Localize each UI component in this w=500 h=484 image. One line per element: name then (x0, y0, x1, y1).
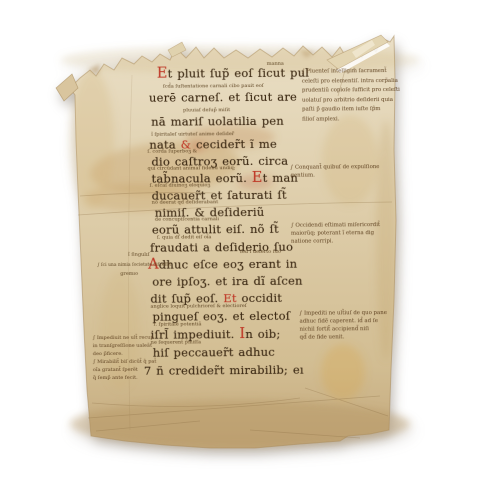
gloss-line: ∫ Pluenteſ intelligim̃ ſacrament̃ (302, 67, 400, 77)
text-run: n oib; (245, 327, 280, 341)
margin-gloss-right-mid: ∫ Conquant̃ quibuſ de expulſione gentium… (290, 163, 379, 180)
margin-gloss-left-block: ∫ Impediuit ne ult̃ recup̃ in tranſgreſſ… (93, 334, 157, 382)
text-line: ore ipſoʒ. et ira dı̃ aſcen (152, 274, 302, 289)
margin-gloss-right-low: ∫ Occidendi eſtimati miſericordit̃ maior… (291, 221, 380, 246)
margin-gloss-right-top: ∫ Pluenteſ intelligim̃ ſacrament̃ celeſt… (302, 67, 400, 125)
margin-gloss-right-bottom: ∫ Impediti ne ult̃iuſ de quo pane adhuc … (299, 309, 387, 342)
text-run: hiſ peccauer̃t adhuc (153, 345, 275, 360)
text-line: hiſ peccauer̃t adhuc (153, 345, 275, 360)
gloss-line: maiorũq; poterant ĩ eterna dig (291, 229, 380, 238)
gloss-line: uolatuſ pro arbitrio deſiderii quia (302, 96, 400, 106)
rubric-initial: E (157, 66, 168, 82)
interlinear-gloss: ſcd̃a ſuſtentatione carnali cibo pauit e… (163, 83, 264, 90)
gloss-line: prudentiũ copioſe ſufficit pro celeſti (302, 86, 400, 96)
text-run: ore ipſoʒ. et ira dı̃ aſcen (152, 274, 302, 289)
gloss-line: in tranſgreſſione ualeãt (93, 342, 157, 350)
interlinear-gloss: ſ. quia dſ̃ dedit eiſ oı̃a (157, 234, 211, 240)
photo-of-manuscript: Et pluit ſup̃ eoſ ſicut pul uerē carneſ.… (0, 0, 500, 484)
text-run: nā mariſ uolatilia pen (151, 114, 284, 129)
interlinear-gloss: pluuiaſ deſup̃ miſit (183, 107, 230, 113)
interlinear-gloss: ſed ĩ deſerto ſuo (240, 249, 281, 255)
text-run: 7 ñ credider̃t mirabilib; eı (144, 363, 304, 378)
interlinear-gloss: manna (267, 61, 284, 67)
gloss-line: ∫ Mirabilit̃ biſ dicũt̃ q̃ pat̃ (93, 358, 157, 366)
interlinear-gloss: ĩ ſingulıſ (128, 252, 149, 258)
text-run: uerē carneſ. et ſicut are (149, 90, 297, 105)
interlinear-gloss: ſ. ſpiritalẽ potentiã (154, 321, 202, 327)
interlinear-gloss: ſ. eſcaſ diuinoʒ eloquioʒ (150, 182, 211, 188)
text-run: dhuc eſce eoʒ erant in (159, 257, 298, 272)
text-run: cecider̃t ĩ me (191, 137, 277, 152)
gloss-line: filioſ amplexi. (302, 115, 400, 125)
gloss-line: q̃ ſemp̃ ante fecit. (93, 374, 157, 382)
interlinear-gloss: nõ deerat qd̃ deſiderabant (152, 199, 218, 205)
interlinear-gloss: gremıo (120, 271, 138, 277)
gloss-line: ∫ Conquant̃ quibuſ de expulſione (290, 163, 379, 172)
interlinear-gloss: ſ. corda ſuperboʒ & (147, 148, 197, 154)
gloss-line: natione corripi. (291, 237, 380, 246)
text-line: uerē carneſ. et ſicut are (149, 90, 297, 105)
gloss-line: qd̃ de fide uenit. (300, 333, 387, 342)
text-line: nā mariſ uolatilia pen (151, 114, 284, 129)
interlinear-gloss: qui circũdant animaſ fideliũ undiq; (147, 165, 235, 172)
margin-gloss-left-single: ∫ ſci una nimia ſocietate diſceſſit (97, 263, 171, 270)
interlinear-gloss: ĩ ſpiritaleſ uirtuteſ anime deſider̃ (151, 131, 234, 138)
text-run: t pluit ſup̃ eoſ ſicut pul (168, 66, 310, 81)
interlinear-gloss: anglice loquit̃ pulchrioreſ & electioreſ (150, 303, 246, 310)
text-line: 7 ñ credider̃t mirabilib; eı (144, 363, 304, 378)
text-line: Et pluit ſup̃ eoſ ſicut pul (157, 66, 309, 81)
manuscript-text: Et pluit ſup̃ eoſ ſicut pul uerē carneſ.… (0, 0, 500, 484)
gloss-line: gentium. (291, 171, 380, 180)
interlinear-gloss: ne ſequerent̃ p̃miſſa (151, 339, 201, 345)
interlinear-gloss: de concupiſcentia carnali (155, 216, 219, 222)
rubric-initial: E (252, 170, 263, 186)
